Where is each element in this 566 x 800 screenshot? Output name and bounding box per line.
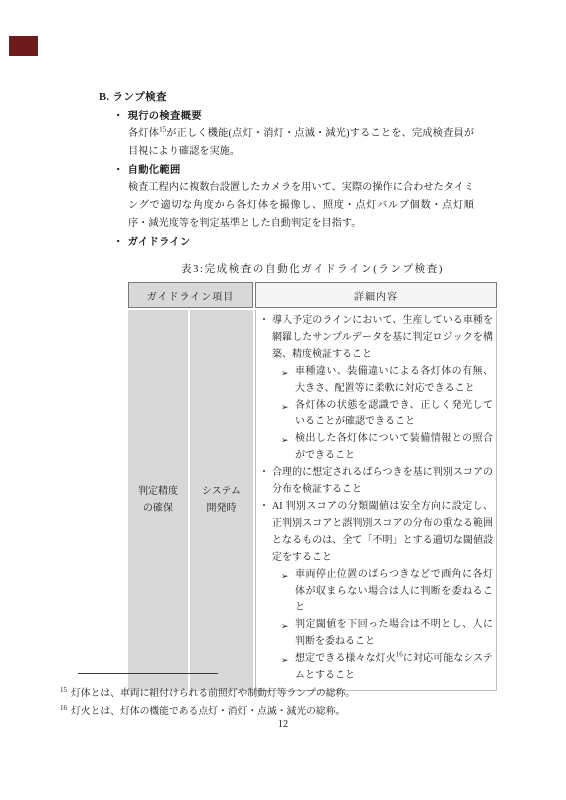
footnote-marker: 16 (60, 704, 67, 712)
subsection-title-label: ガイドライン (128, 237, 191, 248)
subsection-title-guideline: ・ガイドライン (113, 233, 191, 248)
annotation-box (9, 36, 38, 56)
table-body-row: 判定精度 の確保 システム 開発時 ・導入予定のラインにおいて、生産している車種… (128, 310, 497, 691)
detail-text: 想定できる様々な灯火16に対応可能なシステムとすること (295, 653, 493, 681)
subsection-title-label: 自動化範囲 (128, 165, 181, 176)
table-caption: 表3:完成検査の自動化ガイドライン(ランプ検査) (128, 261, 497, 276)
arrow-marker: ➢ (281, 365, 289, 382)
detail-list: ・導入予定のラインにおいて、生産している車種を網羅したサンプルデータを基に判定ロ… (259, 313, 493, 685)
footnote-text: 灯火とは、灯体の機能である点灯・消灯・点滅・減光の総称。 (71, 706, 345, 717)
table-header-row: ガイドライン項目 詳細内容 (128, 282, 497, 308)
footnote-list: 15灯体とは、車両に組付けられる前照灯や制動灯等ランプの総称。16灯火とは、灯体… (60, 685, 500, 721)
cell-detail: ・導入予定のラインにおいて、生産している車種を網羅したサンプルデータを基に判定ロ… (255, 310, 497, 691)
footnote: 15灯体とは、車両に組付けられる前照灯や制動灯等ランプの総称。 (60, 685, 500, 703)
footnote-text: 灯体とは、車両に組付けられる前照灯や制動灯等ランプの総称。 (71, 688, 355, 699)
subsection-title-automation-scope: ・自動化範囲 (113, 161, 181, 176)
bullet-marker: ・ (113, 111, 124, 122)
arrow-marker: ➢ (281, 399, 289, 416)
subsection-title-current-inspection: ・現行の検査概要 (113, 107, 202, 122)
bullet-marker: ・ (259, 499, 269, 516)
arrow-marker: ➢ (281, 568, 289, 585)
bullet-marker: ・ (259, 313, 269, 330)
detail-item: ・AI 判別スコアの分類閾値は安全方向に設定し、正判別スコアと誤判別スコアの分布… (259, 499, 493, 567)
footnote-marker: 15 (60, 686, 67, 694)
detail-item: ・合理的に想定されるばらつきを基に判別スコアの分布を検証すること (259, 465, 493, 499)
detail-item: ➢車種違い、装備違いによる各灯体の有無、大きさ、配置等に柔軟に対応できること (281, 364, 493, 398)
table-header-detail: 詳細内容 (255, 282, 497, 308)
arrow-marker: ➢ (281, 432, 289, 449)
table-header-item: ガイドライン項目 (128, 282, 253, 308)
bullet-marker: ・ (113, 237, 124, 248)
detail-item: ➢各灯体の状態を認識でき、正しく発光していることが確認できること (281, 398, 493, 432)
detail-item: ➢検出した各灯体について装備情報との照合ができること (281, 431, 493, 465)
detail-text: AI 判別スコアの分類閾値は安全方向に設定し、正判別スコアと誤判別スコアの分布の… (272, 501, 493, 563)
document-page: B. ランプ検査 ・現行の検査概要 各灯体15が正しく機能(点灯・消灯・点滅・減… (0, 0, 566, 800)
detail-text: 合理的に想定されるばらつきを基に判別スコアの分布を検証すること (272, 467, 493, 495)
detail-text: 車両停止位置のばらつきなどで画角に各灯体が収まらない場合は人に判断を委ねること (295, 569, 493, 614)
footnote-separator (78, 673, 218, 674)
cell-phase: システム 開発時 (190, 310, 253, 691)
page-number: 12 (0, 719, 566, 730)
detail-item: ➢想定できる様々な灯火16に対応可能なシステムとすること (281, 651, 493, 685)
detail-text: 検出した各灯体について装備情報との照合ができること (295, 433, 493, 461)
paragraph-text: 各灯体 (128, 128, 159, 139)
guideline-table: ガイドライン項目 詳細内容 判定精度 の確保 システム 開発時 ・導入予定のライ… (128, 282, 497, 691)
arrow-marker: ➢ (281, 652, 289, 669)
detail-text: 導入予定のラインにおいて、生産している車種を網羅したサンプルデータを基に判定ロジ… (272, 315, 493, 360)
cell-guideline-item: 判定精度 の確保 (128, 310, 188, 691)
detail-item: ・導入予定のラインにおいて、生産している車種を網羅したサンプルデータを基に判定ロ… (259, 313, 493, 364)
bullet-marker: ・ (259, 465, 269, 482)
detail-item: ➢車両停止位置のばらつきなどで画角に各灯体が収まらない場合は人に判断を委ねること (281, 567, 493, 618)
paragraph-text: が正しく機能(点灯・消灯・点滅・減光)することを、完成検査員が目視により確認を実… (128, 128, 474, 157)
paragraph-current-inspection: 各灯体15が正しく機能(点灯・消灯・点滅・減光)することを、完成検査員が目視によ… (128, 125, 474, 161)
paragraph-automation-scope: 検査工程内に複数台設置したカメラを用いて、実際の操作に合わせたタイミングで適切な… (128, 179, 474, 233)
arrow-marker: ➢ (281, 618, 289, 635)
subsection-title-label: 現行の検査概要 (128, 111, 202, 122)
bullet-marker: ・ (113, 165, 124, 176)
detail-item: ➢判定閾値を下回った場合は不明とし、人に判断を委ねること (281, 617, 493, 651)
detail-text: 各灯体の状態を認識でき、正しく発光していることが確認できること (295, 400, 493, 428)
detail-text: 車種違い、装備違いによる各灯体の有無、大きさ、配置等に柔軟に対応できること (295, 366, 493, 394)
section-heading: B. ランプ検査 (99, 89, 167, 104)
footnote-ref-16: 16 (396, 651, 403, 659)
detail-text: 判定閾値を下回った場合は不明とし、人に判断を委ねること (295, 619, 493, 647)
